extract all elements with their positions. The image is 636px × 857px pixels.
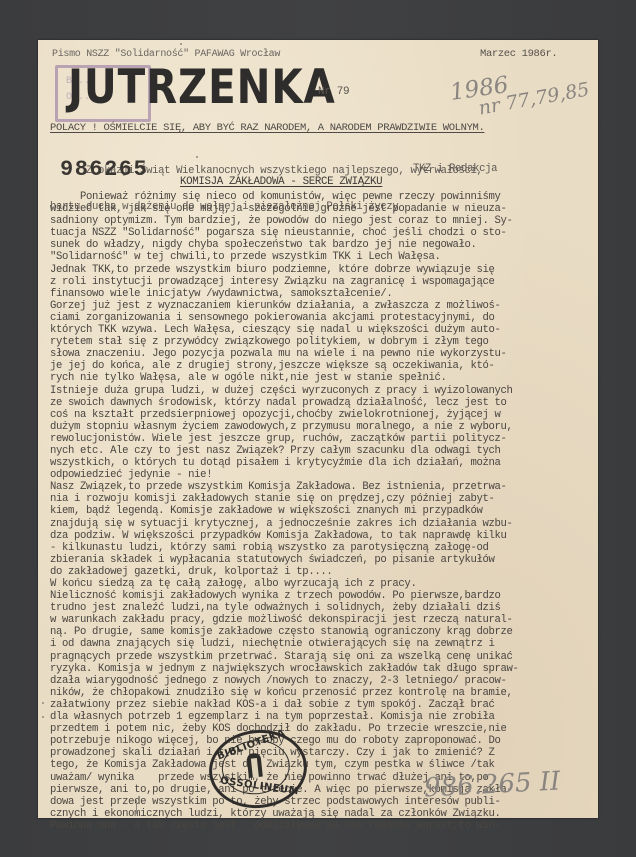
body-line: Powinna ona - a tak często jest - oddzia… <box>50 820 519 832</box>
body-line: ze swoich dawnych środowisk, którzy nada… <box>50 397 519 409</box>
body-line: widzieć tak, jak się one mają, a szczegó… <box>50 203 519 215</box>
body-line: cznych i ekonomicznych ludzi, którzy uwa… <box>50 808 519 820</box>
body-line: rytetem stał się z przywódcy związkowego… <box>50 336 519 348</box>
body-line: dla własnych potrzeb 1 egzemplarz i na t… <box>50 711 519 723</box>
body-line: nych etc. Ale czy to jest nasz Związek? … <box>50 445 519 457</box>
body-line: z roli instytucji prowadzącej interesy Z… <box>50 276 519 288</box>
issue-date: Marzec 1986r. <box>480 48 557 60</box>
body-line: pragnących przede wszystkim przetrwać. S… <box>50 651 519 663</box>
body-line: rych nie tylko Wałęsa, ale w ogóle nikt,… <box>50 372 519 384</box>
body-line: których TKK wzywa. Lech Wałęsa, cieszący… <box>50 324 519 336</box>
paper-mark <box>136 800 137 814</box>
body-line: ną. Po drugie, same komisje zakładowe cz… <box>50 626 519 638</box>
paper-speck <box>180 43 182 45</box>
body-line: ciami zorganizowania i sensownego pokier… <box>50 312 519 324</box>
article-headline: KOMISJA ZAKŁADOWA - SERCE ZWIĄZKU <box>180 176 382 188</box>
paper-speck <box>42 716 44 718</box>
body-line: ryzyka. Komisja w jednym z największych … <box>50 663 519 675</box>
greeting-signature: TKZ i Redakcja <box>413 163 497 175</box>
body-line: Istnieje duża grupa ludzi, w dużej częśc… <box>50 385 519 397</box>
body-line: sunek do władzy, nigdy chyba społeczeńst… <box>50 239 519 251</box>
body-line: Nieliczność komisji zakładowych wynika z… <box>50 590 519 602</box>
issue-number: Nr 79 <box>318 86 349 98</box>
body-line: sadniony optymizm. Tym bardziej, że powo… <box>50 215 519 227</box>
body-line: w warunkach zakładu pracy, gdzie możliwo… <box>50 614 519 626</box>
body-line: znajdują się w sytuacji krytycznej, a je… <box>50 518 519 530</box>
body-line: je jej do końca, ale z drugiej strony,je… <box>50 360 519 372</box>
body-line: tuacja NSZZ "Solidarność" pogarsza się n… <box>50 227 519 239</box>
slogan: POLACY ! OŚMIELCIE SIĘ, ABY BYĆ RAZ NARO… <box>50 122 484 134</box>
body-line: Ponieważ różnimy się nieco od komunistów… <box>50 191 519 203</box>
body-line: - kilkunastu ludzi, którzy sami robią ws… <box>50 542 519 554</box>
library-emblem-icon <box>246 753 262 778</box>
body-line: Nasz Związek,to przede wszystkim Komisja… <box>50 481 519 493</box>
body-line: załatwiony przez siebie nakład KOS-a i d… <box>50 699 519 711</box>
body-line: do zakładowej gazetki, druk, kolportaż i… <box>50 566 519 578</box>
catalog-number: 986265 <box>60 157 148 182</box>
body-line: dzała wiarygodność jednego z nowych /now… <box>50 675 519 687</box>
body-line: rewolucjonistów. Wiele jest jeszcze grup… <box>50 433 519 445</box>
document-page: Pismo NSZZ "Solidarność" PAFAWAG Wrocław… <box>38 40 598 818</box>
handwritten-catalog-number: 986.265 II <box>423 766 561 803</box>
body-line: Gorzej już jest z wyznaczaniem kierunków… <box>50 300 519 312</box>
body-line: ników, że chłopakowi znudziło się w końc… <box>50 687 519 699</box>
paper-speck <box>42 702 44 704</box>
paper-speck <box>196 156 198 158</box>
newsletter-title: JUTRZENKA <box>68 62 336 114</box>
body-line: Jednak TKK,to przede wszystkim biuro pod… <box>50 264 519 276</box>
body-line: dza podziw. W większości przypadków Komi… <box>50 530 519 542</box>
body-line: i od dawna znających się ludzi, niechętn… <box>50 638 519 650</box>
body-line: zbierania składek i wypłacania statutowy… <box>50 554 519 566</box>
body-line: wszystkich, o których tu dotąd pisałem i… <box>50 457 519 469</box>
body-line: nia i rozwoju komisji zakładowych stanie… <box>50 493 519 505</box>
body-line: coś na kształt przedsierpniowej opozycji… <box>50 409 519 421</box>
body-line: odpowiedzieć jedynie - nie! <box>50 469 519 481</box>
body-line: W końcu siedzą za tę całą załogę, albo w… <box>50 578 519 590</box>
body-line: "Solidarność" w tej chwili,to przede wsz… <box>50 251 519 263</box>
body-line: kiem, bądź legendą. Komisje zakładowe w … <box>50 505 519 517</box>
body-line: dużym stopniu własnym życiem zawodowych,… <box>50 421 519 433</box>
body-line: trudno jest znaleźć ludzi,na tyle odważn… <box>50 602 519 614</box>
body-line: słowa znaczeniu. Jego pozycja pozwala mu… <box>50 348 519 360</box>
body-line: finansowo wiele inicjatyw /wydawnictwa, … <box>50 288 519 300</box>
